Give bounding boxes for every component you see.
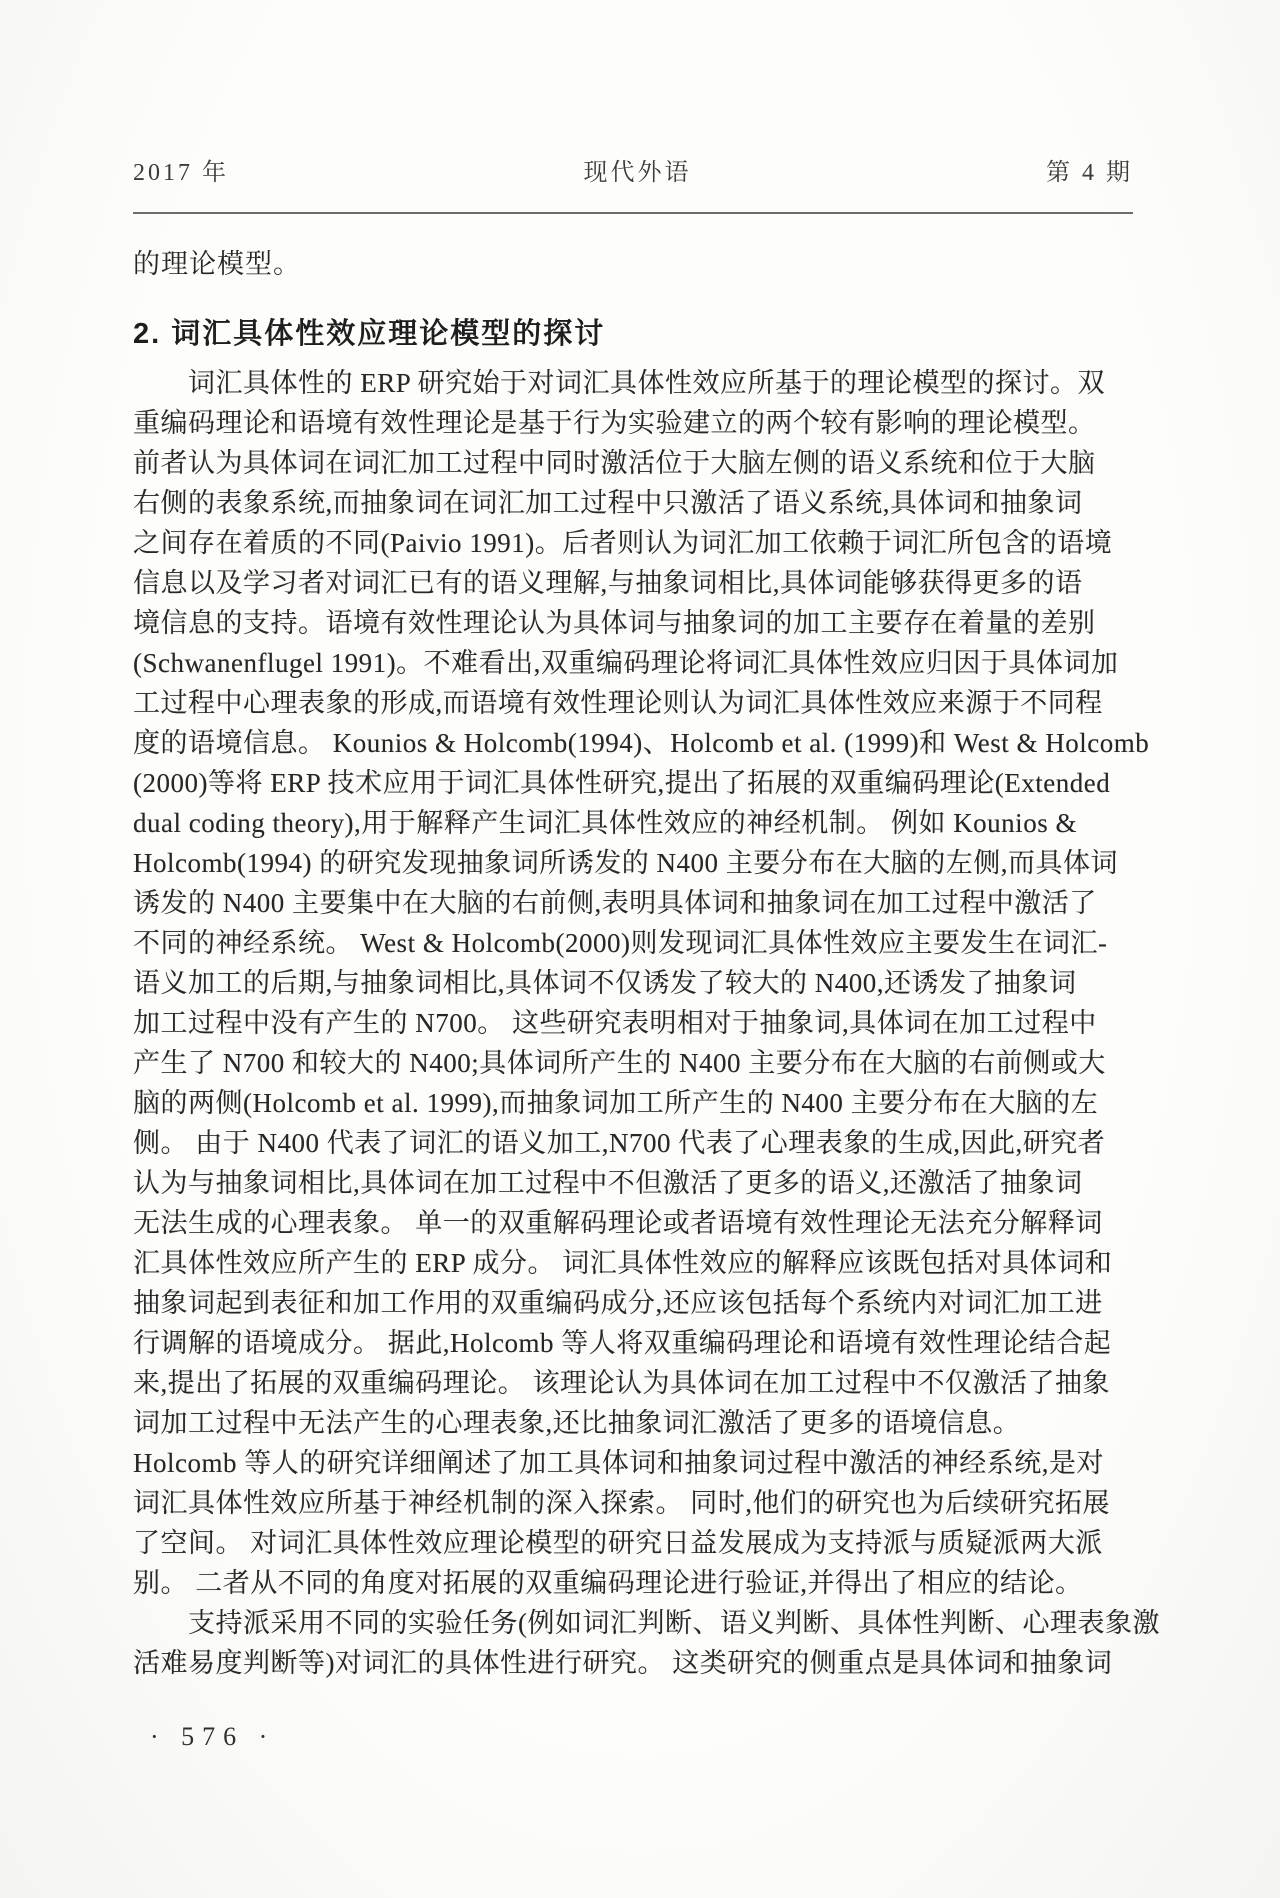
journal-header: 2017 年 现代外语 第 4 期 <box>133 158 1133 188</box>
carryover-text-line: 的理论模型。 <box>133 244 1133 285</box>
scanned-journal-page: 2017 年 现代外语 第 4 期 的理论模型。 2. 词汇具体性效应理论模型的… <box>0 0 1280 1898</box>
header-issue-number: 第 4 期 <box>1046 158 1133 188</box>
header-year: 2017 年 <box>133 158 229 188</box>
page-number: · 576 · <box>150 1722 275 1752</box>
page-content-column: 2017 年 现代外语 第 4 期 的理论模型。 2. 词汇具体性效应理论模型的… <box>133 158 1133 1683</box>
header-divider-rule <box>133 212 1133 214</box>
header-journal-title: 现代外语 <box>584 158 692 188</box>
section-heading: 2. 词汇具体性效应理论模型的探讨 <box>133 315 1133 353</box>
body-paragraph-1: 词汇具体性的 ERP 研究始于对词汇具体性效应所基于的理论模型的探讨。双 重编码… <box>133 363 1133 1603</box>
body-paragraph-2: 支持派采用不同的实验任务(例如词汇判断、语义判断、具体性判断、心理表象激 活难易… <box>133 1603 1133 1683</box>
